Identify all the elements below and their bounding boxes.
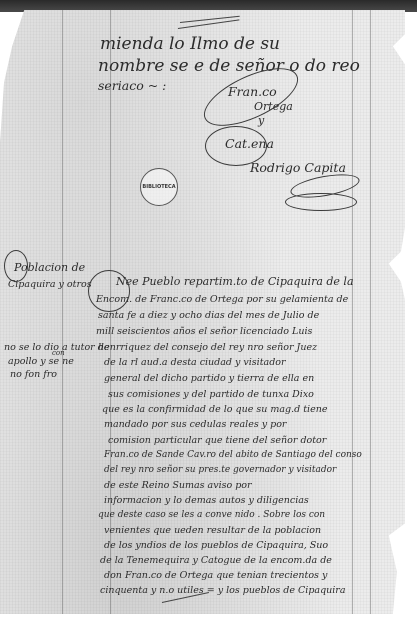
body-line: henrriquez del consejo del rey nro señor… bbox=[98, 343, 317, 353]
signature: Cat.ena bbox=[225, 138, 274, 151]
body-line: cinquenta y n.o utiles = y los pueblos d… bbox=[100, 586, 346, 596]
body-line: de los yndios de los pueblos de Cipaquir… bbox=[104, 541, 328, 551]
library-stamp: BIBLIOTECA bbox=[140, 168, 178, 206]
body-line: general del dicho partido y tierra de el… bbox=[104, 374, 314, 384]
signature-flourish bbox=[285, 193, 357, 211]
body-line: del rey nro señor su pres.te governador … bbox=[104, 466, 336, 475]
body-line: informacion y lo demas autos y diligenci… bbox=[104, 496, 309, 506]
body-line: santa fe a diez y ocho dias del mes de J… bbox=[98, 311, 319, 321]
signature: y bbox=[258, 115, 264, 126]
signature: Ortega bbox=[254, 101, 293, 112]
body-line: comision particular que tiene del señor … bbox=[108, 436, 326, 446]
body-line: de este Reino Sumas aviso por bbox=[104, 481, 252, 491]
body-line: Fran.co de Sande Cav.ro del abito de San… bbox=[104, 451, 362, 460]
body-line: Nee Pueblo repartim.to de Cipaquira de l… bbox=[116, 276, 354, 287]
body-line: que es la confirmidad de lo que su mag.d… bbox=[102, 405, 327, 415]
margin-note: no fon fro bbox=[10, 370, 57, 380]
page-ruling bbox=[62, 10, 63, 614]
body-line: mandado por sus cedulas reales y por bbox=[104, 420, 286, 430]
body-line: don Fran.co de Ortega que tenian trecien… bbox=[104, 571, 327, 581]
body-line: venientes que ueden resultar de la pobla… bbox=[104, 526, 321, 536]
body-line: que deste caso se les a conve nido . Sob… bbox=[98, 511, 325, 520]
margin-note: Poblacion de bbox=[14, 262, 85, 273]
signature: Rodrigo Capita bbox=[250, 162, 346, 175]
header-line: nombre se e de señor o do reo bbox=[98, 58, 360, 75]
body-line: de la rl aud.a desta ciudad y visitador bbox=[104, 358, 286, 368]
page-ruling bbox=[370, 10, 371, 614]
body-line: de la Tenemequira y Catogue de la encom.… bbox=[100, 556, 332, 566]
margin-note: Cipaquira y otros bbox=[8, 280, 92, 290]
signature: Fran.co bbox=[228, 86, 277, 99]
page-ruling bbox=[352, 10, 353, 614]
body-line: Encom. de Franc.co de Ortega por su gela… bbox=[96, 295, 348, 305]
header-line: mienda lo Ilmo de su bbox=[100, 36, 280, 53]
margin-note: apollo y se ne bbox=[8, 357, 74, 367]
body-line: mill seiscientos años el señor licenciad… bbox=[96, 327, 312, 337]
header-line: seriaco ~ : bbox=[98, 80, 166, 93]
body-line: sus comisiones y del partido de tunxa Di… bbox=[108, 390, 314, 400]
